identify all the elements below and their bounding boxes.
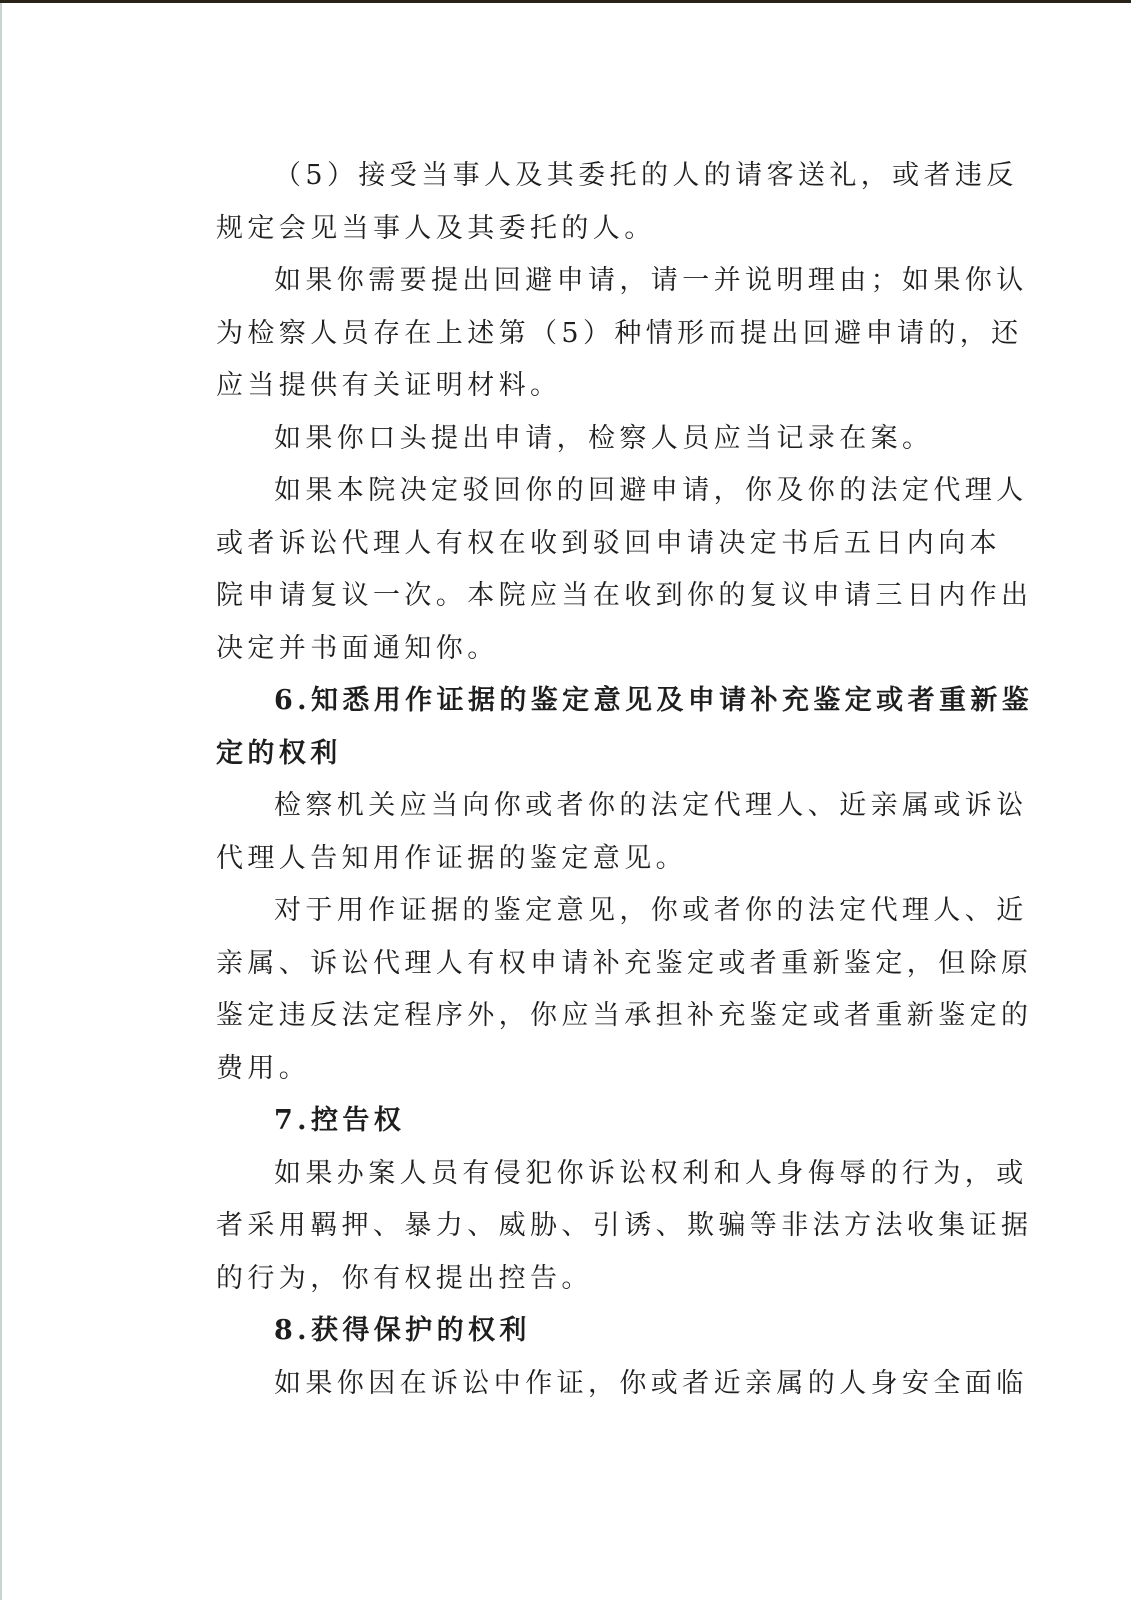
scan-top-edge [0, 0, 1131, 3]
text-line: 亲属、诉讼代理人有权申请补充鉴定或者重新鉴定，但除原 [216, 938, 992, 991]
text-line: 如果本院决定驳回你的回避申请，你及你的法定代理人 [216, 465, 992, 518]
document-page: （5）接受当事人及其委托的人的请客送礼，或者违反 规定会见当事人及其委托的人。 … [216, 150, 992, 1410]
section-heading-7: 7.控告权 [216, 1095, 992, 1148]
text-line: 如果办案人员有侵犯你诉讼权利和人身侮辱的行为，或 [216, 1148, 992, 1201]
text-line: 检察机关应当向你或者你的法定代理人、近亲属或诉讼 [216, 780, 992, 833]
text-line: 应当提供有关证明材料。 [216, 360, 992, 413]
section-heading-8: 8.获得保护的权利 [216, 1305, 992, 1358]
text-line: 规定会见当事人及其委托的人。 [216, 203, 992, 256]
text-line: 如果你需要提出回避申请，请一并说明理由；如果你认 [216, 255, 992, 308]
text-line: 代理人告知用作证据的鉴定意见。 [216, 833, 992, 886]
text-line: 或者诉讼代理人有权在收到驳回申请决定书后五日内向本 [216, 518, 992, 571]
scan-left-edge [0, 3, 2, 1600]
text-line: （5）接受当事人及其委托的人的请客送礼，或者违反 [216, 150, 992, 203]
text-line: 如果你口头提出申请，检察人员应当记录在案。 [216, 413, 992, 466]
text-line: 决定并书面通知你。 [216, 623, 992, 676]
text-line: 的行为，你有权提出控告。 [216, 1253, 992, 1306]
section-heading-6-cont: 定的权利 [216, 728, 992, 781]
section-heading-6: 6.知悉用作证据的鉴定意见及申请补充鉴定或者重新鉴 [216, 675, 992, 728]
text-line: 费用。 [216, 1043, 992, 1096]
text-line: 鉴定违反法定程序外，你应当承担补充鉴定或者重新鉴定的 [216, 990, 992, 1043]
text-line: 为检察人员存在上述第（5）种情形而提出回避申请的，还 [216, 308, 992, 361]
text-line: 如果你因在诉讼中作证，你或者近亲属的人身安全面临 [216, 1358, 992, 1411]
text-line: 院申请复议一次。本院应当在收到你的复议申请三日内作出 [216, 570, 992, 623]
text-line: 者采用羁押、暴力、威胁、引诱、欺骗等非法方法收集证据 [216, 1200, 992, 1253]
text-line: 对于用作证据的鉴定意见，你或者你的法定代理人、近 [216, 885, 992, 938]
